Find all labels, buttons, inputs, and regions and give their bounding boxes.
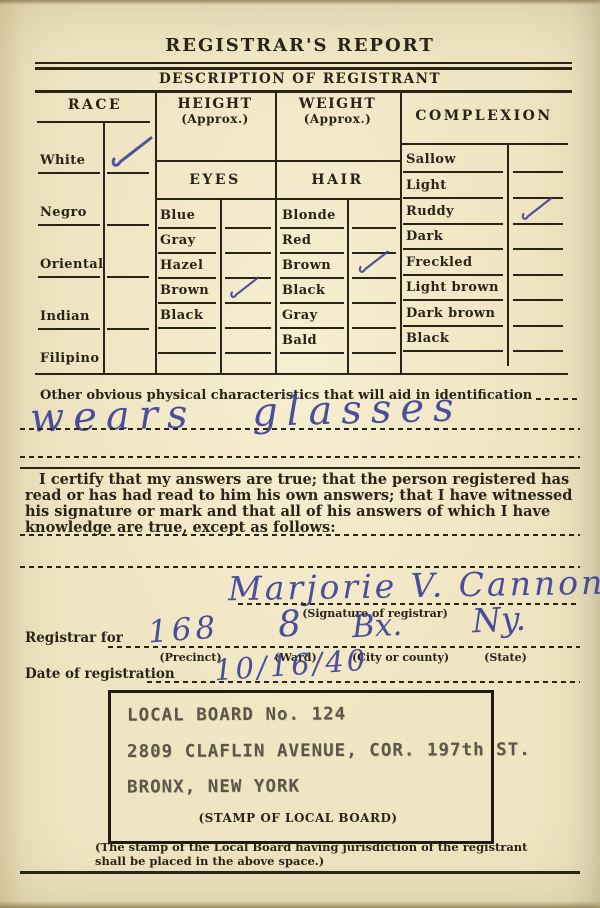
divider: [158, 302, 216, 304]
race-option-negro: Negro: [40, 205, 87, 220]
eyes-option-gray: Gray: [160, 233, 196, 248]
date-of-registration-label: Date of registration: [25, 666, 175, 682]
hair-option-brown: Brown: [282, 258, 331, 273]
divider: [352, 277, 396, 279]
race-option-oriental: Oriental: [40, 257, 103, 272]
eyes-header: EYES: [155, 172, 275, 188]
divider: [107, 328, 149, 330]
divider: [513, 223, 563, 225]
divider: [158, 252, 216, 254]
divider: [403, 350, 503, 352]
complexion-option-light-brown: Light brown: [406, 280, 499, 295]
stamp-box: LOCAL BOARD No. 124 2809 CLAFLIN AVENUE,…: [108, 690, 494, 844]
complexion-option-dark: Dark: [406, 229, 443, 244]
divider: [225, 352, 271, 354]
divider: [280, 327, 344, 329]
hair-option-black: Black: [282, 283, 325, 298]
checkmark-icon: [513, 195, 559, 223]
city-county-handwriting: Bx.: [351, 607, 403, 646]
divider: [103, 121, 105, 373]
complexion-option-freckled: Freckled: [406, 255, 473, 270]
divider: [280, 352, 344, 354]
section-title: DESCRIPTION OF REGISTRANT: [0, 71, 600, 87]
divider: [107, 276, 149, 278]
checkmark-icon: [352, 248, 394, 276]
registrars-report-card: REGISTRAR'S REPORT DESCRIPTION OF REGIST…: [0, 0, 600, 908]
divider: [38, 328, 100, 330]
race-option-white: White: [40, 153, 85, 168]
divider: [35, 67, 572, 70]
scan-edge-top: [0, 0, 600, 5]
ward-handwriting: 8: [277, 603, 303, 645]
eyes-option-black: Black: [160, 308, 203, 323]
divider: [507, 143, 509, 366]
divider: [38, 172, 100, 174]
divider: [225, 227, 271, 229]
divider: [403, 274, 503, 276]
divider: [20, 871, 580, 874]
divider: [275, 198, 400, 200]
divider: [513, 299, 563, 301]
divider: [403, 325, 503, 327]
divider: [275, 90, 277, 373]
write-line: [20, 428, 580, 430]
divider: [403, 299, 503, 301]
divider: [513, 248, 563, 250]
divider: [513, 325, 563, 327]
divider: [20, 467, 580, 469]
footer-note: (The stamp of the Local Board having jur…: [95, 840, 543, 868]
write-line: [20, 534, 580, 536]
hair-option-blonde: Blonde: [282, 208, 336, 223]
divider: [403, 171, 503, 173]
height-header: HEIGHT: [155, 96, 275, 112]
divider: [220, 198, 222, 373]
weight-write-line: [275, 160, 400, 162]
date-line: [147, 681, 580, 683]
divider: [352, 327, 396, 329]
divider: [352, 227, 396, 229]
divider: [158, 277, 216, 279]
scan-edge-bottom: [0, 901, 600, 908]
divider: [280, 227, 344, 229]
divider: [403, 223, 503, 225]
height-subheader: (Approx.): [155, 112, 275, 126]
complexion-option-dark-brown: Dark brown: [406, 306, 495, 321]
complexion-option-sallow: Sallow: [406, 152, 456, 167]
hair-option-gray: Gray: [282, 308, 318, 323]
hair-option-bald: Bald: [282, 333, 317, 348]
complexion-header: COMPLEXION: [400, 108, 568, 124]
stamp-board-number: LOCAL BOARD No. 124: [127, 704, 346, 725]
divider: [400, 143, 568, 145]
divider: [158, 352, 216, 354]
dotted-leader: [536, 398, 578, 400]
hair-header: HAIR: [275, 172, 400, 188]
divider: [347, 198, 349, 373]
divider: [513, 274, 563, 276]
checkmark-icon: [225, 274, 263, 301]
divider: [403, 197, 503, 199]
certification-text: I certify that my answers are true; that…: [25, 472, 577, 536]
precinct-handwriting: 168: [147, 610, 221, 651]
divider: [225, 302, 271, 304]
divider: [513, 171, 563, 173]
state-handwriting: Ny.: [471, 599, 527, 641]
divider: [158, 327, 216, 329]
divider: [280, 302, 344, 304]
hair-option-red: Red: [282, 233, 311, 248]
eyes-option-brown: Brown: [160, 283, 209, 298]
registrar-signature-handwriting: Marjorie V. Cannon: [228, 563, 600, 609]
state-caption: (State): [468, 651, 543, 664]
divider: [158, 227, 216, 229]
complexion-option-ruddy: Ruddy: [406, 204, 454, 219]
divider: [280, 277, 344, 279]
divider: [513, 350, 563, 352]
eyes-option-hazel: Hazel: [160, 258, 203, 273]
page-title: REGISTRAR'S REPORT: [0, 35, 600, 56]
registrar-for-label: Registrar for: [25, 630, 123, 646]
table-bottom-border: [35, 373, 568, 375]
divider: [155, 198, 275, 200]
table-top-border: [35, 90, 572, 93]
checkmark-icon: [106, 133, 156, 171]
write-line: [20, 456, 580, 458]
divider: [107, 224, 149, 226]
race-header: RACE: [35, 97, 155, 113]
stamp-address: 2809 CLAFLIN AVENUE, COR. 197th ST.: [127, 740, 531, 762]
divider: [38, 224, 100, 226]
weight-subheader: (Approx.): [275, 112, 400, 126]
weight-header: WEIGHT: [275, 96, 400, 112]
divider: [352, 302, 396, 304]
divider: [280, 252, 344, 254]
divider: [225, 252, 271, 254]
divider: [38, 276, 100, 278]
complexion-option-light: Light: [406, 178, 447, 193]
stamp-caption: (STAMP OF LOCAL BOARD): [111, 811, 485, 825]
stamp-city: BRONX, NEW YORK: [127, 777, 300, 798]
complexion-option-black: Black: [406, 331, 449, 346]
height-write-line: [155, 160, 275, 162]
scan-edge-right: [588, 0, 600, 908]
divider: [400, 90, 402, 373]
divider: [352, 352, 396, 354]
divider: [225, 327, 271, 329]
divider: [37, 121, 150, 123]
race-option-filipino: Filipino: [40, 351, 99, 366]
divider: [403, 248, 503, 250]
race-option-indian: Indian: [40, 309, 90, 324]
divider: [107, 172, 149, 174]
eyes-option-blue: Blue: [160, 208, 195, 223]
divider: [35, 62, 572, 64]
